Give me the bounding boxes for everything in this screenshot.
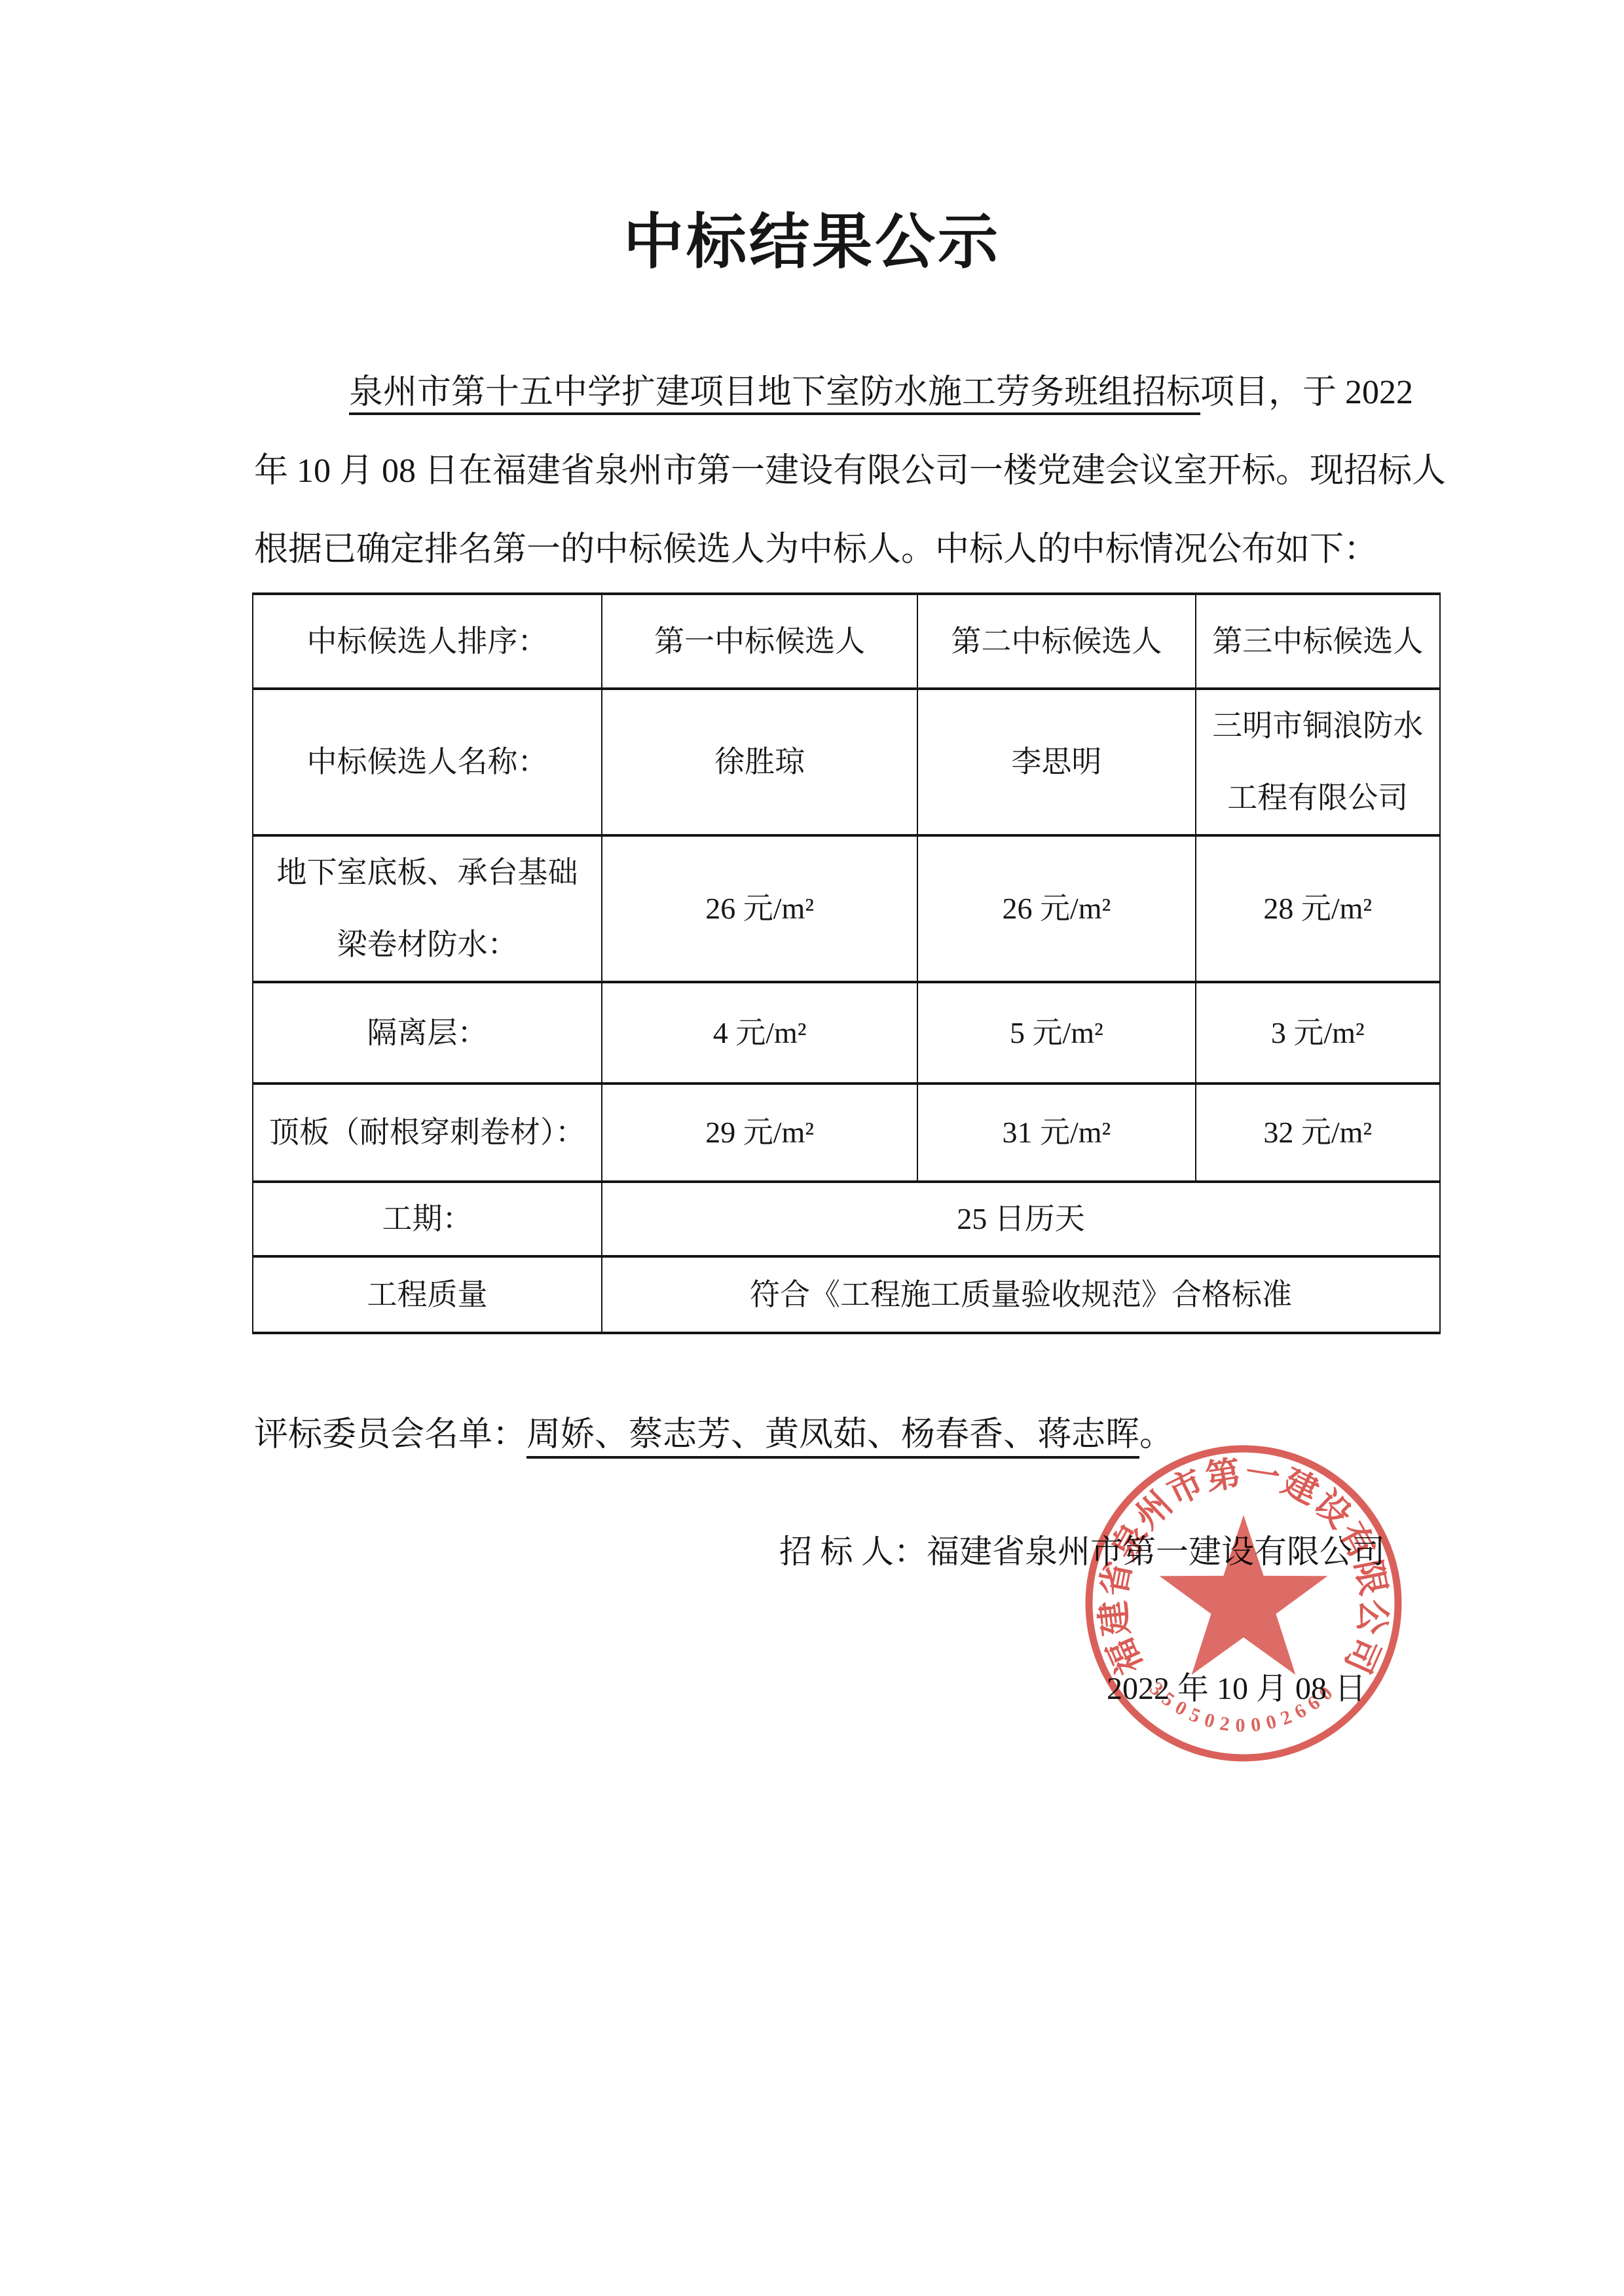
committee-line: 评标委员会名单：周娇、蔡志芳、黄凤茹、杨春香、蒋志晖。 [254, 1406, 1173, 1455]
company-seal-svg: 福建省泉州市第一建设有限公司 3505020002660 [1080, 1440, 1407, 1767]
row-label-quality: 工程质量 [253, 1256, 602, 1333]
header-third-candidate: 第三中标候选人 [1196, 594, 1441, 689]
intro-paragraph: 泉州市第十五中学扩建项目地下室防水施工劳务班组招标项目，于 2022 年 10 … [254, 354, 1452, 589]
header-rank-label: 中标候选人排序： [253, 594, 602, 689]
intro-line-2: 年 10 月 08 日在福建省泉州市第一建设有限公司一楼党建会议室开标。现招标人 [254, 432, 1452, 511]
tenderer-line: 招 标 人：福建省泉州市第一建设有限公司 [779, 1525, 1385, 1573]
table-row: 工程质量 符合《工程施工质量验收规范》合格标准 [253, 1256, 1440, 1333]
table-row: 工期： 25 日历天 [253, 1182, 1440, 1256]
table-row: 顶板（耐根穿刺卷材）： 29 元/m² 31 元/m² 32 元/m² [253, 1084, 1440, 1182]
duration-value: 25 日历天 [602, 1182, 1440, 1256]
isolation-price-1: 4 元/m² [602, 982, 917, 1084]
committee-names: 周娇、蔡志芳、黄凤茹、杨春香、蒋志晖 [526, 1416, 1139, 1453]
company-seal: 福建省泉州市第一建设有限公司 3505020002660 [1080, 1440, 1407, 1767]
row-label-candidate-name: 中标候选人名称： [253, 689, 602, 835]
row-label-roof-membrane: 顶板（耐根穿刺卷材）： [253, 1084, 602, 1182]
table-header-row: 中标候选人排序： 第一中标候选人 第二中标候选人 第三中标候选人 [253, 594, 1440, 689]
roof-price-1: 29 元/m² [602, 1084, 917, 1182]
committee-suffix: 。 [1139, 1416, 1173, 1453]
date-line: 2022 年 10 月 08 日 [1107, 1663, 1366, 1708]
bid-result-table: 中标候选人排序： 第一中标候选人 第二中标候选人 第三中标候选人 中标候选人名称… [252, 592, 1441, 1334]
candidate-2-name: 李思明 [917, 689, 1195, 835]
candidate-1-name: 徐胜琼 [602, 689, 917, 835]
isolation-price-3: 3 元/m² [1196, 982, 1441, 1084]
candidate-3-name: 三明市铜浪防水工程有限公司 [1196, 689, 1441, 835]
row-label-basement-waterproof: 地下室底板、承台基础梁卷材防水： [253, 835, 602, 982]
seal-ring [1089, 1449, 1398, 1758]
table-row: 隔离层： 4 元/m² 5 元/m² 3 元/m² [253, 982, 1440, 1084]
intro-line-3: 根据已确定排名第一的中标候选人为中标人。中标人的中标情况公布如下： [254, 511, 1452, 589]
roof-price-2: 31 元/m² [917, 1084, 1195, 1182]
header-first-candidate: 第一中标候选人 [602, 594, 917, 689]
row-label-isolation-layer: 隔离层： [253, 982, 602, 1084]
basement-price-1: 26 元/m² [602, 835, 917, 982]
document-page: 中标结果公示 泉州市第十五中学扩建项目地下室防水施工劳务班组招标项目，于 202… [0, 0, 1624, 2296]
page-title: 中标结果公示 [0, 194, 1624, 280]
header-second-candidate: 第二中标候选人 [917, 594, 1195, 689]
tenderer-label: 招 标 人： [779, 1533, 927, 1570]
roof-price-3: 32 元/m² [1196, 1084, 1441, 1182]
intro-line-1-rest: 项目，于 2022 [1200, 374, 1413, 411]
project-name-underlined: 泉州市第十五中学扩建项目地下室防水施工劳务班组招标 [349, 374, 1200, 411]
table-row: 地下室底板、承台基础梁卷材防水： 26 元/m² 26 元/m² 28 元/m² [253, 835, 1440, 982]
intro-line-1: 泉州市第十五中学扩建项目地下室防水施工劳务班组招标项目，于 2022 [254, 354, 1452, 432]
basement-price-3: 28 元/m² [1196, 835, 1441, 982]
quality-value: 符合《工程施工质量验收规范》合格标准 [602, 1256, 1440, 1333]
row-label-duration: 工期： [253, 1182, 602, 1256]
isolation-price-2: 5 元/m² [917, 982, 1195, 1084]
table-row: 中标候选人名称： 徐胜琼 李思明 三明市铜浪防水工程有限公司 [253, 689, 1440, 835]
tenderer-name: 福建省泉州市第一建设有限公司 [927, 1533, 1385, 1570]
basement-price-2: 26 元/m² [917, 835, 1195, 982]
committee-label: 评标委员会名单： [254, 1416, 526, 1453]
